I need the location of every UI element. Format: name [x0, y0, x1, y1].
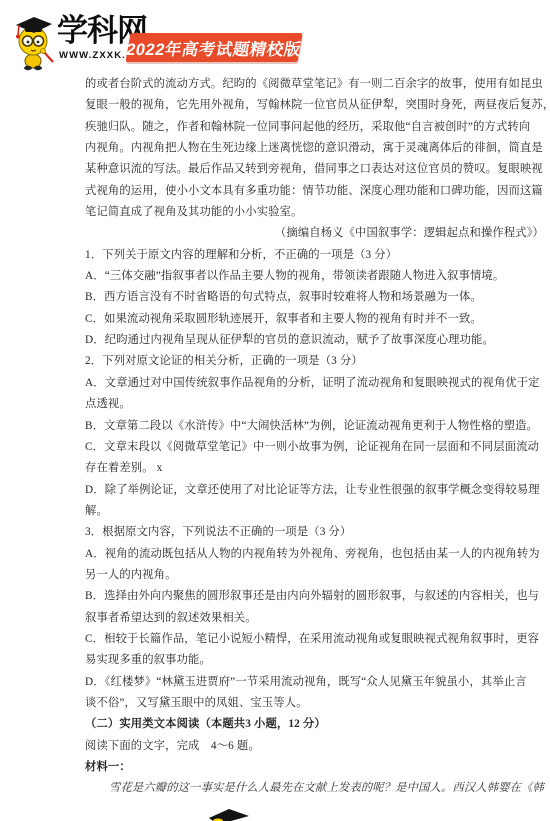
text-line: 疾驰归队。随之，作者和翰林院一位同事问起他的经历，采取他“自言被创时”的方式转向: [85, 117, 544, 138]
text-line: A．文章通过对中国传统叙事作品视角的分析，证明了流动视角和复眼映视式的视角优于定: [85, 373, 544, 394]
text-line: 存在着差别。 x: [85, 458, 544, 479]
text-line: 谈不俗”，又写黛玉眼中的凤姐、宝玉等人。: [85, 693, 544, 714]
text-line: 笔记简直成了视角及其功能的小小实验室。: [85, 202, 544, 223]
text-line: C．相较于长篇作品，笔记小说短小精悍，在采用流动视角或复眼映视式视角叙事时，更容: [85, 629, 544, 650]
text-line: D．纪昀通过内视角呈现从征伊犁的官员的意识流动，赋予了故事深度心理功能。: [85, 330, 544, 351]
text-line: B．选择由外向内聚焦的圆形叙事还是由内向外辐射的圆形叙事，与叙述的内容相关，也与: [85, 586, 544, 607]
text-line: 材料一：: [85, 757, 544, 778]
text-line: 式视角的运用，使小小文本具有多重功能：情节功能、深度心理功能和口碑功能，因而这篇: [85, 181, 544, 202]
text-line: 3．根据原文内容，下列说法不正确的一项是（3 分）: [85, 522, 544, 543]
text-line: D．除了举例论证，文章还使用了对比论证等方法，让专业性很强的叙事学概念变得较易理: [85, 480, 544, 501]
text-line: A．“三体交融”指叙事者以作品主要人物的视角，带领读者跟随人物进入叙事情境。: [85, 266, 544, 287]
text-line: 复眼一般的视角，它先用外视角，写翰林院一位官员从征伊犁，突围时身死，两昼夜后复苏…: [85, 95, 544, 116]
text-line: 1．下列关于原文内容的理解和分析，不正确的一项是（3 分）: [85, 245, 544, 266]
text-line: 解。: [85, 501, 544, 522]
graduation-cap-fragment-icon: [205, 808, 253, 821]
edition-banner: 2022年高考试题精校版: [125, 33, 302, 62]
text-line: B．文章第二段以《水浒传》中“大闹快活林”为例，论证流动视角更利于人物性格的塑造…: [85, 416, 544, 437]
text-line: （摘编自杨义《中国叙事学：逻辑起点和操作程式》）: [85, 223, 544, 244]
exam-paper-page: 学科网 WWW.ZXXK.COM 2022年高考试题精校版 的或者台阶式的流动方…: [0, 0, 550, 821]
edition-banner-label: 2022年高考试题精校版: [125, 36, 304, 60]
text-line: A．视角的流动既包括从人物的内视角转为外视角、旁视角，也包括由某一人的内视角转为: [85, 544, 544, 565]
text-line: B．西方语言没有不时省略语的句式特点，叙事时较难将人物和场景融为一体。: [85, 287, 544, 308]
text-line: 点透视。: [85, 394, 544, 415]
text-line: 的或者台阶式的流动方式。纪昀的《阅微草堂笔记》有一则二百余字的故事，使用有如昆虫: [85, 74, 544, 95]
text-line: C．文章末段以《阅微草堂笔记》中一则小故事为例，论证视角在同一层面和不同层面流动: [85, 437, 544, 458]
text-line: D．《红楼梦》“林黛玉进贾府”一节采用流动视角，既写“众人见黛玉年貌虽小，其举止…: [85, 672, 544, 693]
text-line: 易实现多重的叙事功能。: [85, 650, 544, 671]
text-line: 另一人的内视角。: [85, 565, 544, 586]
text-line: 叙事者希望达到的叙述效果相关。: [85, 608, 544, 629]
text-line: 某种意识流的写法。最后作品又转到旁视角，借同事之口表达对这位官员的赞叹。复眼映视: [85, 159, 544, 180]
text-line: 2．下列对原文论证的相关分析，正确的一项是（3 分）: [85, 351, 544, 372]
text-line: 内视角。内视角把人物在生死边缘上迷离恍惚的意识滑动，寓于灵魂离体后的徘徊，简直是: [85, 138, 544, 159]
text-line: （二）实用类文本阅读（本题共3 小题，12 分）: [85, 714, 544, 735]
text-line: 阅读下面的文字，完成 4～6 题。: [85, 736, 544, 757]
document-body: 的或者台阶式的流动方式。纪昀的《阅微草堂笔记》有一则二百余字的故事，使用有如昆虫…: [85, 74, 544, 800]
zxxk-mascot-icon: [12, 9, 58, 71]
text-line: C．如果流动视角采取圆形轨迹展开，叙事者和主要人物的视角有时并不一致。: [85, 309, 544, 330]
text-line: 雪花是六瓣的这一事实是什么人最先在文献上发表的呢？是中国人。西汉人韩婴在《韩: [85, 778, 544, 799]
